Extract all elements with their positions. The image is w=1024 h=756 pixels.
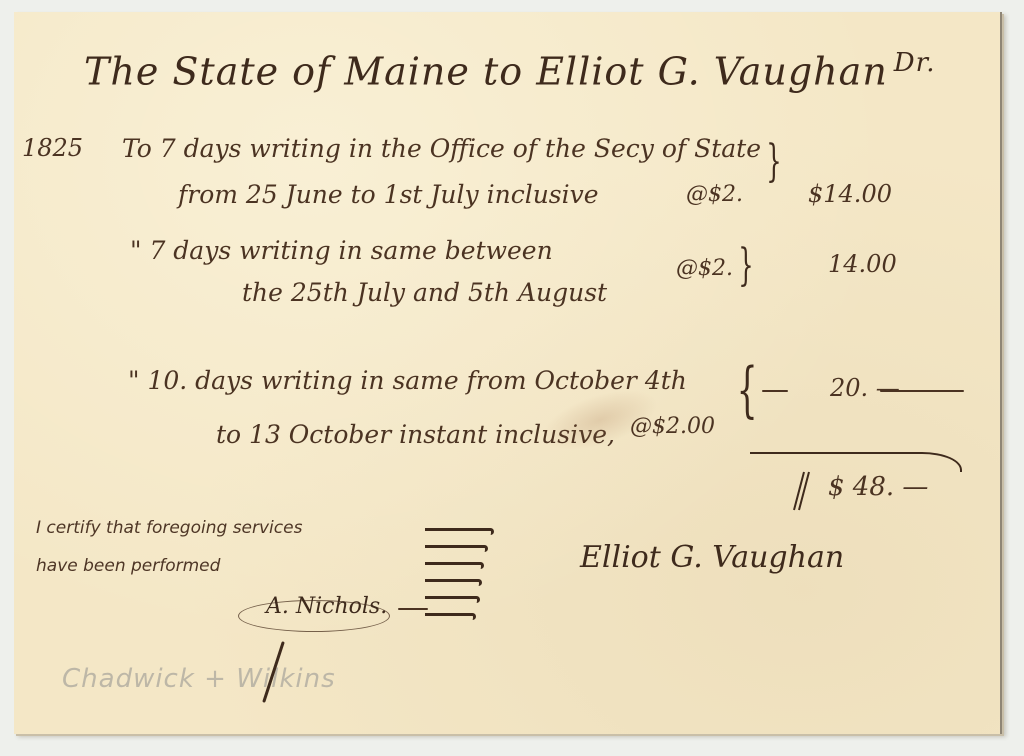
claimant-signature: Elliot G. Vaughan xyxy=(580,540,844,575)
invoice-total: $ 48. — xyxy=(828,472,928,502)
certifier-signature: A. Nichols. xyxy=(266,594,387,619)
entry-1-brace: } xyxy=(766,140,781,184)
document-heading: The State of Maine to Elliot G. VaughanD… xyxy=(84,48,935,94)
total-rule-line xyxy=(750,452,962,472)
entry-1-line-1: To 7 days writing in the Office of the S… xyxy=(122,134,761,163)
dollar-slash-icon xyxy=(790,470,810,512)
entry-year: 1825 xyxy=(22,134,83,162)
certifier-dash xyxy=(398,608,428,610)
entry-1-rate: @$2. xyxy=(686,182,743,207)
pencil-annotation: Chadwick + Wilkins xyxy=(62,664,336,694)
entry-3-dash-right xyxy=(880,390,964,392)
certification-line-2: have been performed xyxy=(36,548,220,584)
entry-2-line-2: the 25th July and 5th August xyxy=(242,278,607,307)
certification-line-1: I certify that foregoing services xyxy=(36,510,302,546)
entry-2-brace: } xyxy=(738,244,753,288)
entry-1-amount: $14.00 xyxy=(808,180,892,208)
entry-3-brace: { xyxy=(737,360,758,420)
entry-3-amount: 20. — xyxy=(830,374,900,402)
entry-1-line-2: from 25 June to 1st July inclusive xyxy=(178,180,599,209)
heading-text: The State of Maine to Elliot G. Vaughan xyxy=(84,50,888,94)
entry-3-dash-left xyxy=(762,390,788,392)
entry-2-rate: @$2. xyxy=(676,256,733,281)
entry-3-line-1: " 10. days writing in same from October … xyxy=(128,366,687,395)
decorative-flourish-icon xyxy=(425,528,497,620)
entry-2-amount: 14.00 xyxy=(828,250,897,278)
entry-2-line-1: " 7 days writing in same between xyxy=(130,236,553,265)
heading-debtor-abbrev: Dr. xyxy=(894,48,936,78)
